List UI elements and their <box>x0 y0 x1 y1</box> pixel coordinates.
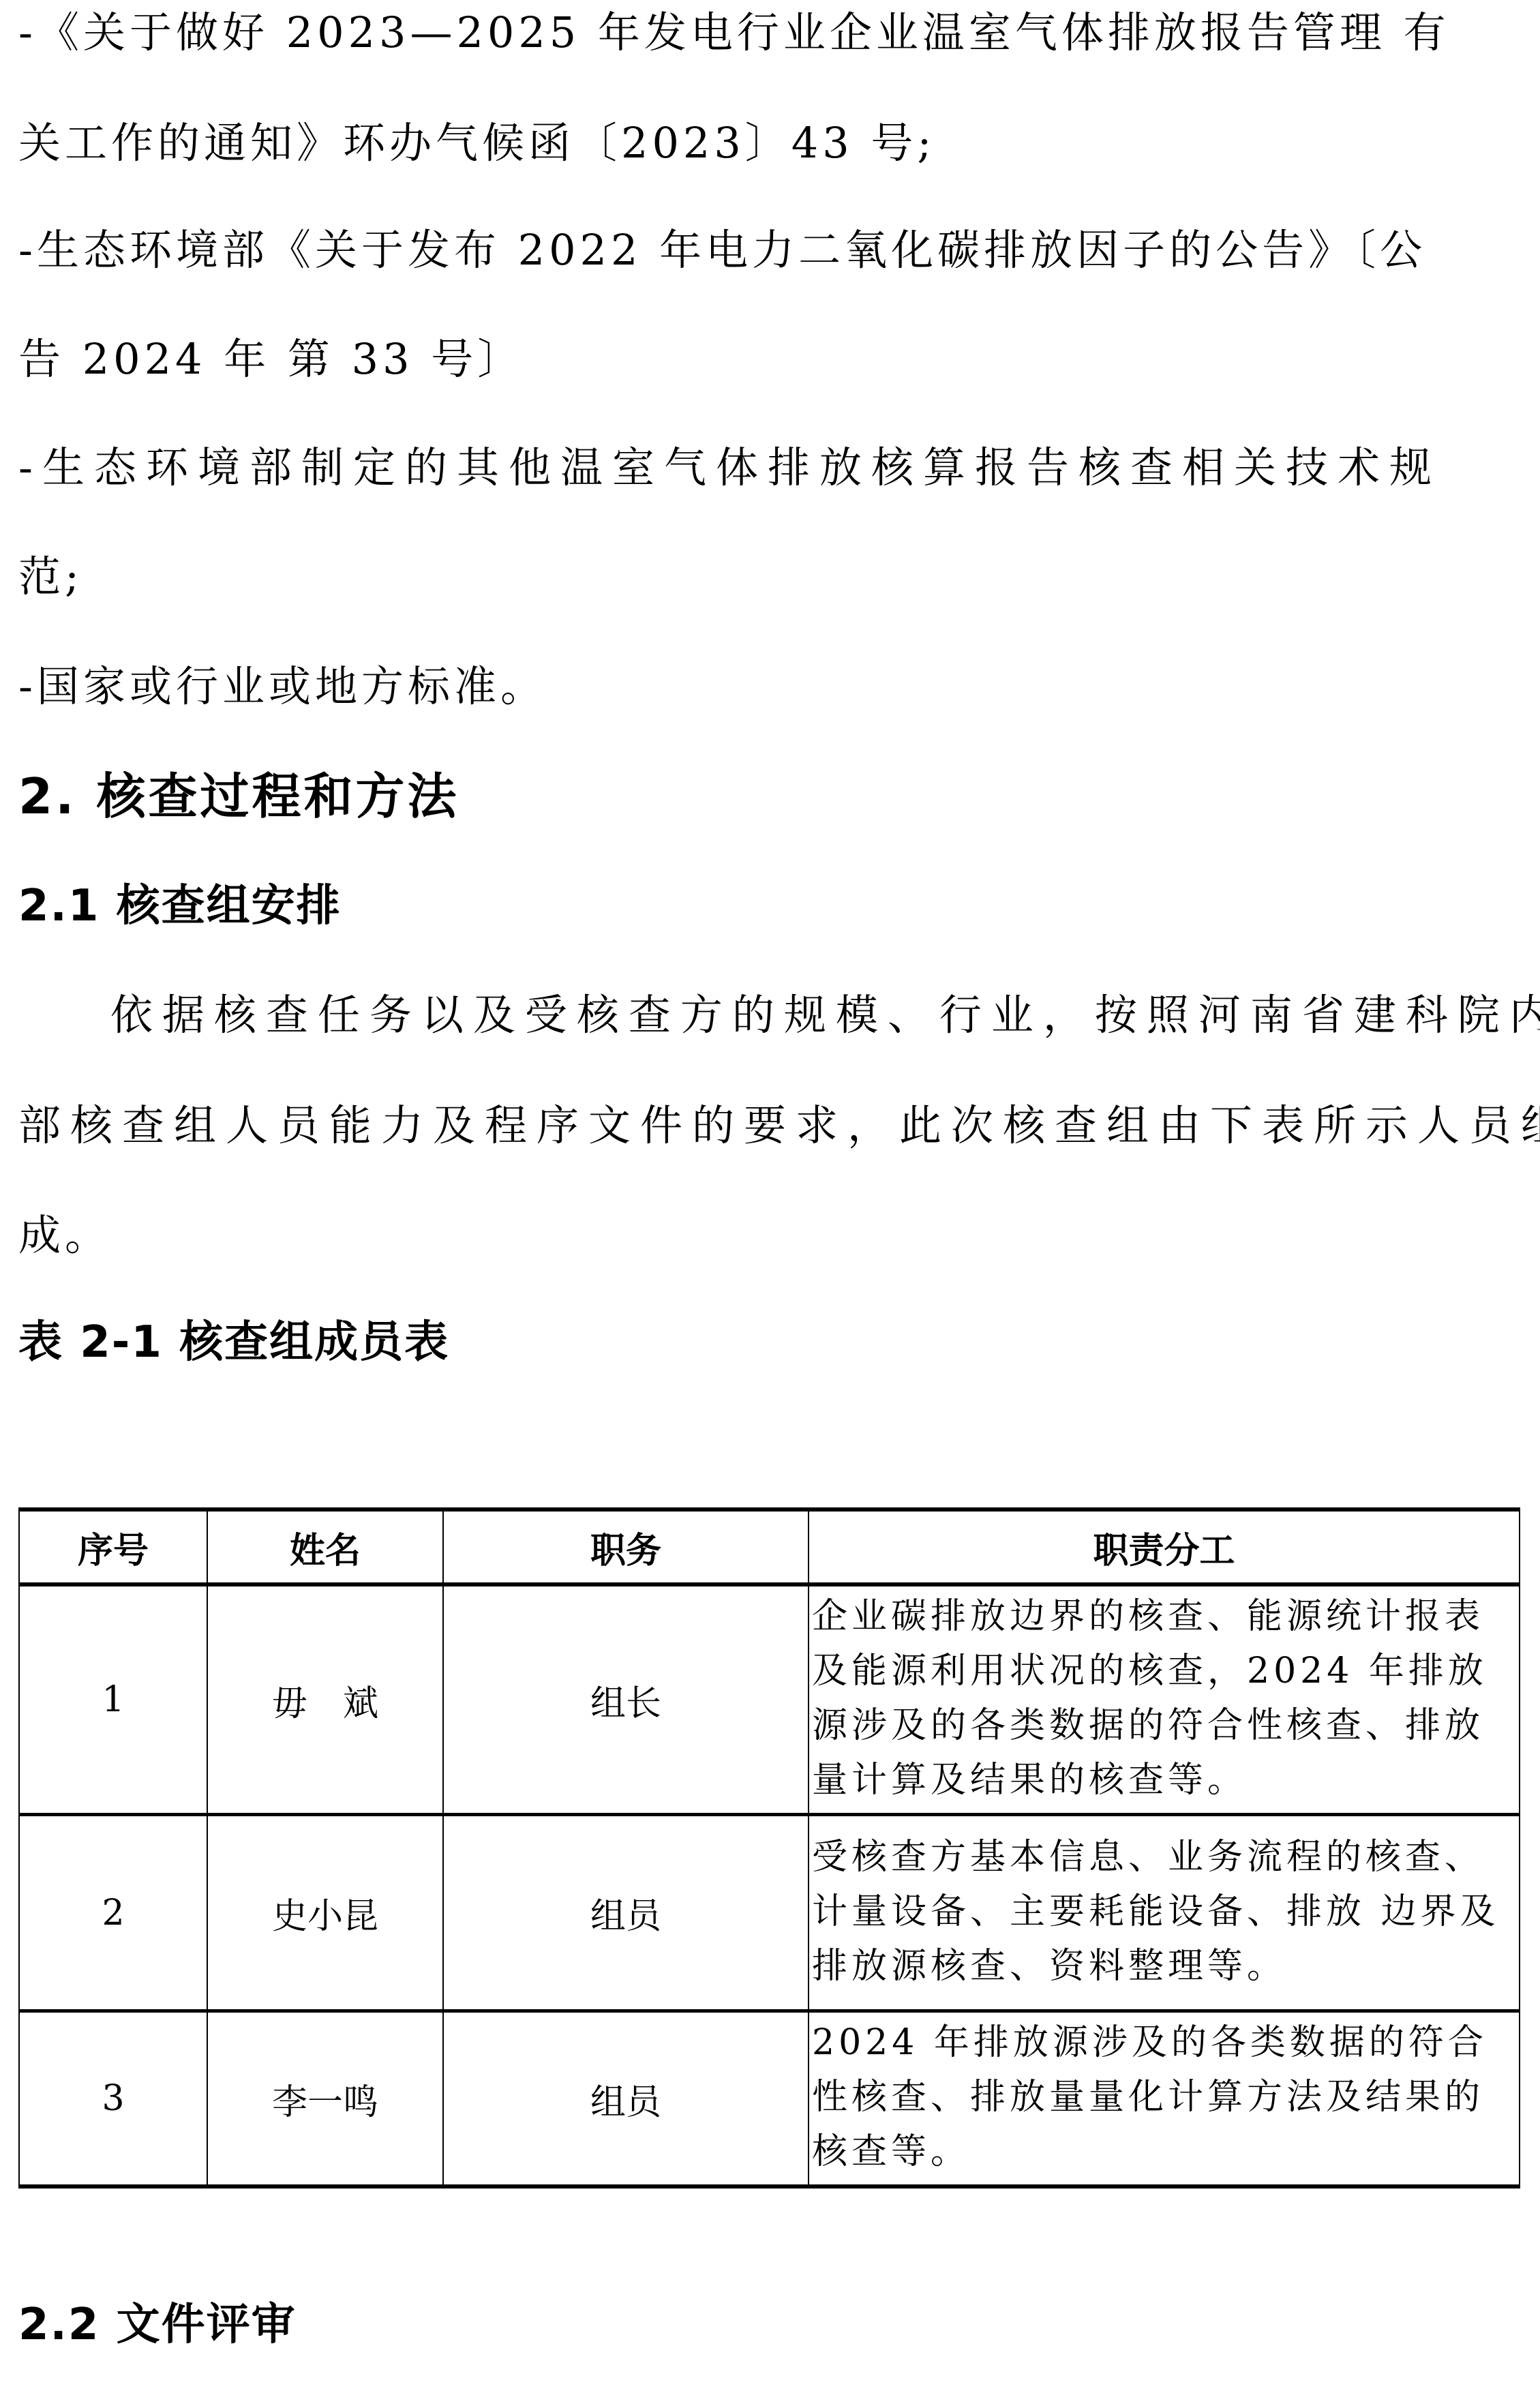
next-subsection-heading: 2.2 文件评审 <box>18 2298 297 2352</box>
table-header-row: 序号 姓名 职务 职责分工 <box>19 1509 1520 1584</box>
table-caption: 表 2-1 核查组成员表 <box>18 1315 449 1370</box>
paragraph-line-1: 依据核查任务以及受核查方的规模、行业，按照河南省建科院内 <box>18 988 1540 1042</box>
table-row: 1 毋 斌 组长 企业碳排放边界的核查、能源统计报表及能源利用状况的核查，202… <box>19 1584 1520 1815</box>
reference-line-3: -生态环境部《关于发布 2022 年电力二氧化碳排放因子的公告》〔公 <box>18 223 1426 277</box>
cell-name: 李一鸣 <box>207 2011 443 2187</box>
table-row: 2 史小昆 组员 受核查方基本信息、业务流程的核查、计量设备、主要耗能设备、排放… <box>19 1815 1520 2011</box>
reference-line-6: 范; <box>18 550 83 604</box>
header-no: 序号 <box>19 1509 207 1584</box>
cell-duty: 企业碳排放边界的核查、能源统计报表及能源利用状况的核查，2024 年排放源涉及的… <box>809 1584 1520 1815</box>
reference-line-4: 告 2024 年 第 33 号〕 <box>18 332 524 387</box>
cell-role: 组员 <box>443 1815 809 2011</box>
header-duty: 职责分工 <box>809 1509 1520 1584</box>
reference-line-5: -生态环境部制定的其他温室气体排放核算报告核查相关技术规 <box>18 440 1441 495</box>
reference-line-7: -国家或行业或地方标准。 <box>18 659 547 714</box>
audit-team-table: 序号 姓名 职务 职责分工 1 毋 斌 组长 企业碳排放边界的核查、能源统计报表… <box>18 1507 1520 2189</box>
paragraph-line-3: 成。 <box>18 1208 111 1263</box>
cell-duty: 受核查方基本信息、业务流程的核查、计量设备、主要耗能设备、排放 边界及排放源核查… <box>809 1815 1520 2011</box>
cell-duty: 2024 年排放源涉及的各类数据的符合性核查、排放量量化计算方法及结果的核查等。 <box>809 2011 1520 2187</box>
paragraph-line-2: 部核查组人员能力及程序文件的要求，此次核查组由下表所示人员组 <box>18 1098 1540 1153</box>
reference-line-1: -《关于做好 2023—2025 年发电行业企业温室气体排放报告管理 有 <box>18 5 1450 60</box>
cell-name: 毋 斌 <box>207 1584 443 1815</box>
section-heading: 2. 核查过程和方法 <box>18 769 459 824</box>
cell-no: 3 <box>19 2011 207 2187</box>
subsection-heading: 2.1 核查组安排 <box>18 879 342 933</box>
header-name: 姓名 <box>207 1509 443 1584</box>
cell-name: 史小昆 <box>207 1815 443 2011</box>
cell-no: 2 <box>19 1815 207 2011</box>
cell-role: 组员 <box>443 2011 809 2187</box>
table-row: 3 李一鸣 组员 2024 年排放源涉及的各类数据的符合性核查、排放量量化计算方… <box>19 2011 1520 2187</box>
cell-role: 组长 <box>443 1584 809 1815</box>
header-role: 职务 <box>443 1509 809 1584</box>
cell-no: 1 <box>19 1584 207 1815</box>
reference-line-2: 关工作的通知》环办气候函〔2023〕43 号; <box>18 116 935 170</box>
